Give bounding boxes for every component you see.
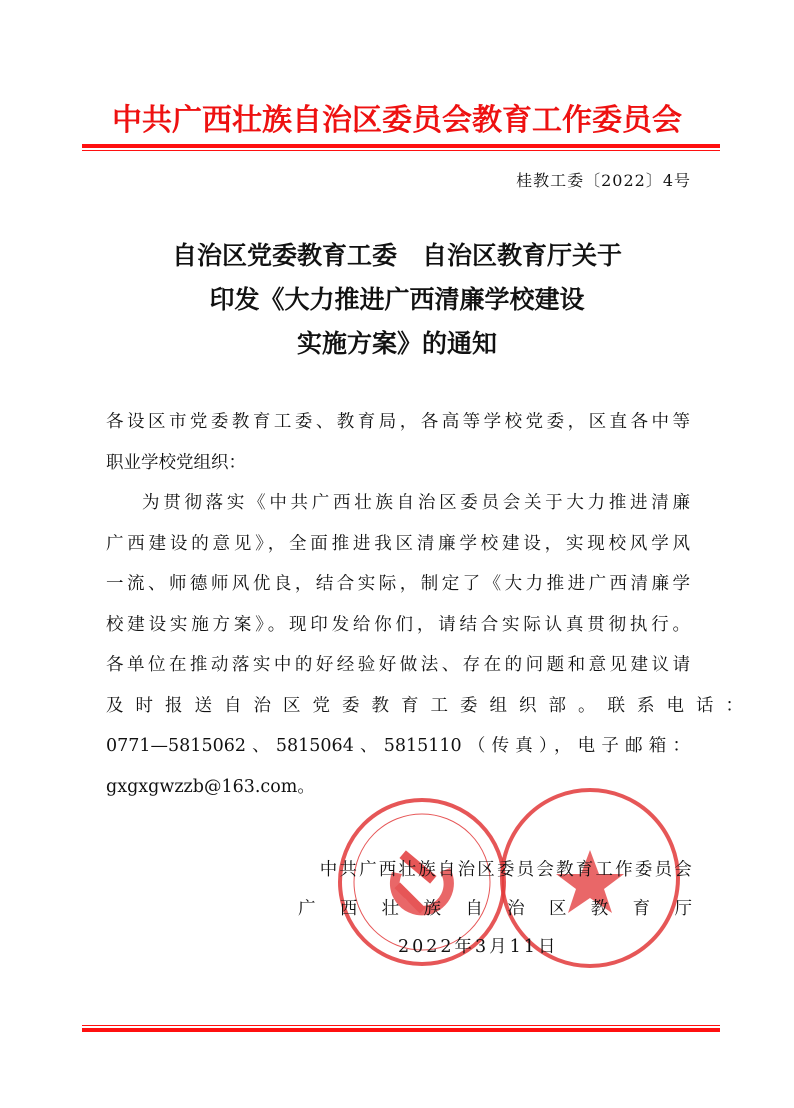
title-line: 实施方案》的通知 bbox=[0, 322, 794, 366]
signature-char: 育 bbox=[633, 895, 651, 920]
signature-org-department: 广 西 壮 族 自 治 区 教 育 厅 bbox=[298, 895, 692, 920]
addressee-line: 各设区市党委教育工委、教育局，各高等学校党委，区直各中等 bbox=[106, 402, 690, 443]
paragraph-line: 广西建设的意见》，全面推进我区清廉学校建设，实现校风学风 bbox=[106, 524, 690, 565]
signature-char: 广 bbox=[298, 895, 316, 920]
paragraph-line: 校建设实施方案》。现印发给你们，请结合实际认真贯彻执行。 bbox=[106, 605, 690, 646]
document-number: 桂教工委〔2022〕4号 bbox=[516, 168, 691, 191]
title-line: 自治区党委教育工委 自治区教育厅关于 bbox=[0, 234, 794, 278]
paragraph-line: 为贯彻落实《中共广西壮族自治区委员会关于大力推进清廉 bbox=[106, 483, 690, 524]
signature-char: 治 bbox=[507, 895, 525, 920]
issuing-organization-header: 中共广西壮族自治区委员会教育工作委员会 bbox=[0, 95, 794, 139]
header-rule-thin bbox=[82, 150, 720, 151]
paragraph-line: 一流、师德师风优良，结合实际，制定了《大力推进广西清廉学 bbox=[106, 564, 690, 605]
signature-char: 教 bbox=[591, 895, 609, 920]
paragraph-line: 0771—5815062、5815064、5815110（传真），电子邮箱： bbox=[106, 726, 690, 767]
signature-char: 壮 bbox=[382, 895, 400, 920]
document-body: 各设区市党委教育工委、教育局，各高等学校党委，区直各中等 职业学校党组织： 为贯… bbox=[106, 402, 690, 807]
footer-rule-thick bbox=[82, 1028, 720, 1032]
header-rule-thick bbox=[82, 144, 720, 148]
signature-org-party: 中共广西壮族自治区委员会教育工作委员会 bbox=[320, 856, 694, 881]
signature-char: 族 bbox=[423, 895, 441, 920]
signature-date: 2022年3月11日 bbox=[398, 933, 558, 958]
signature-char: 厅 bbox=[674, 895, 692, 920]
signature-char: 西 bbox=[340, 895, 358, 920]
signature-char: 自 bbox=[465, 895, 483, 920]
title-line: 印发《大力推进广西清廉学校建设 bbox=[0, 278, 794, 322]
paragraph-line: 各单位在推动落实中的好经验好做法、存在的问题和意见建议请 bbox=[106, 645, 690, 686]
paragraph-line: 及时报送自治区党委教育工委组织部。联系电话： bbox=[106, 686, 690, 727]
footer-rule-thin bbox=[82, 1025, 720, 1026]
document-title: 自治区党委教育工委 自治区教育厅关于 印发《大力推进广西清廉学校建设 实施方案》… bbox=[0, 234, 794, 366]
addressee-line: 职业学校党组织： bbox=[106, 443, 690, 484]
signature-char: 区 bbox=[549, 895, 567, 920]
